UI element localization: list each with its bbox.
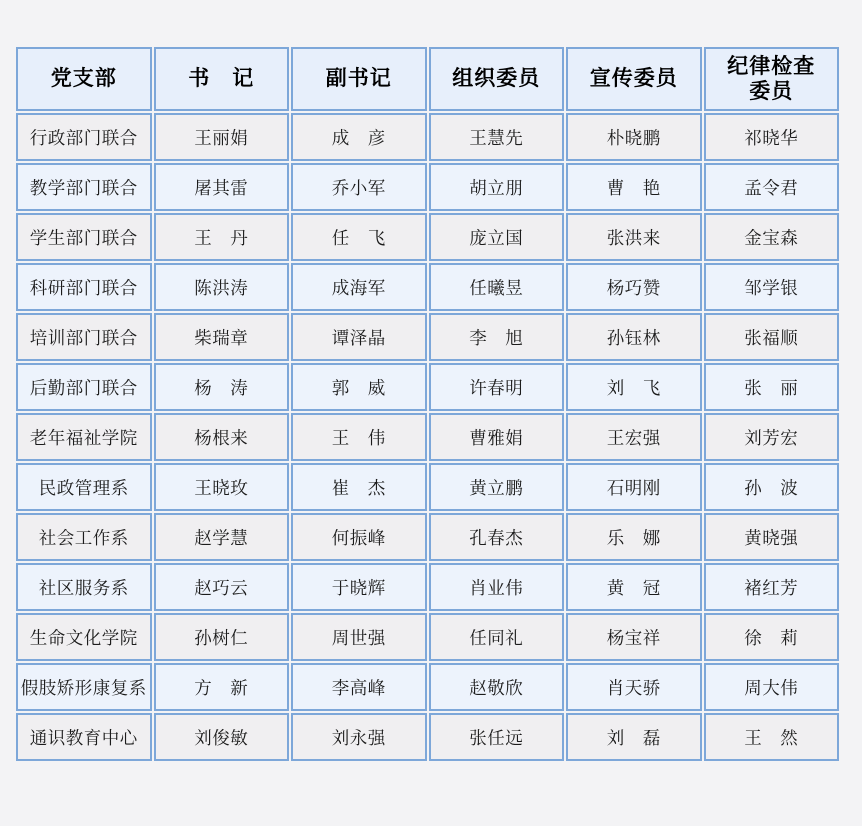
- member-name-cell: 孙钰林: [566, 313, 702, 361]
- branch-name-cell: 民政管理系: [16, 463, 152, 511]
- table-row: 科研部门联合陈洪涛成海军任曦昱杨巧赞邹学银: [16, 263, 839, 311]
- member-name-cell: 王丽娟: [154, 113, 290, 161]
- member-name-cell: 柴瑞章: [154, 313, 290, 361]
- member-name-cell: 曹雅娟: [429, 413, 565, 461]
- table-row: 通识教育中心刘俊敏刘永强张任远刘 磊王 然: [16, 713, 839, 761]
- table-row: 社区服务系赵巧云于晓辉肖业伟黄 冠褚红芳: [16, 563, 839, 611]
- member-name-cell: 周世强: [291, 613, 427, 661]
- member-name-cell: 黄晓强: [704, 513, 840, 561]
- member-name-cell: 孔春杰: [429, 513, 565, 561]
- member-name-cell: 邹学银: [704, 263, 840, 311]
- committee-table: 党支部书 记副书记组织委员宣传委员纪律检查 委员 行政部门联合王丽娟成 彦王慧先…: [14, 45, 841, 763]
- member-name-cell: 金宝森: [704, 213, 840, 261]
- table-row: 教学部门联合屠其雷乔小军胡立朋曹 艳孟令君: [16, 163, 839, 211]
- branch-name-cell: 通识教育中心: [16, 713, 152, 761]
- member-name-cell: 曹 艳: [566, 163, 702, 211]
- table-row: 培训部门联合柴瑞章谭泽晶李 旭孙钰林张福顺: [16, 313, 839, 361]
- member-name-cell: 孙 波: [704, 463, 840, 511]
- member-name-cell: 李高峰: [291, 663, 427, 711]
- table-body: 行政部门联合王丽娟成 彦王慧先朴晓鹏祁晓华教学部门联合屠其雷乔小军胡立朋曹 艳孟…: [16, 113, 839, 761]
- member-name-cell: 任曦昱: [429, 263, 565, 311]
- member-name-cell: 刘 飞: [566, 363, 702, 411]
- table-row: 假肢矫形康复系方 新李高峰赵敬欣肖天骄周大伟: [16, 663, 839, 711]
- member-name-cell: 王 丹: [154, 213, 290, 261]
- member-name-cell: 周大伟: [704, 663, 840, 711]
- branch-name-cell: 老年福祉学院: [16, 413, 152, 461]
- member-name-cell: 崔 杰: [291, 463, 427, 511]
- member-name-cell: 祁晓华: [704, 113, 840, 161]
- member-name-cell: 杨巧赞: [566, 263, 702, 311]
- member-name-cell: 张福顺: [704, 313, 840, 361]
- column-header: 宣传委员: [566, 47, 702, 111]
- branch-name-cell: 生命文化学院: [16, 613, 152, 661]
- member-name-cell: 庞立国: [429, 213, 565, 261]
- branch-name-cell: 后勤部门联合: [16, 363, 152, 411]
- member-name-cell: 任 飞: [291, 213, 427, 261]
- branch-name-cell: 学生部门联合: [16, 213, 152, 261]
- member-name-cell: 肖天骄: [566, 663, 702, 711]
- member-name-cell: 陈洪涛: [154, 263, 290, 311]
- member-name-cell: 李 旭: [429, 313, 565, 361]
- member-name-cell: 刘芳宏: [704, 413, 840, 461]
- branch-name-cell: 社会工作系: [16, 513, 152, 561]
- member-name-cell: 徐 莉: [704, 613, 840, 661]
- member-name-cell: 黄立鹏: [429, 463, 565, 511]
- member-name-cell: 屠其雷: [154, 163, 290, 211]
- member-name-cell: 石明刚: [566, 463, 702, 511]
- member-name-cell: 成 彦: [291, 113, 427, 161]
- branch-name-cell: 培训部门联合: [16, 313, 152, 361]
- member-name-cell: 王慧先: [429, 113, 565, 161]
- table-row: 生命文化学院孙树仁周世强任同礼杨宝祥徐 莉: [16, 613, 839, 661]
- member-name-cell: 朴晓鹏: [566, 113, 702, 161]
- branch-name-cell: 假肢矫形康复系: [16, 663, 152, 711]
- member-name-cell: 肖业伟: [429, 563, 565, 611]
- branch-name-cell: 行政部门联合: [16, 113, 152, 161]
- member-name-cell: 于晓辉: [291, 563, 427, 611]
- table-row: 后勤部门联合杨 涛郭 威许春明刘 飞张 丽: [16, 363, 839, 411]
- member-name-cell: 方 新: [154, 663, 290, 711]
- member-name-cell: 张洪来: [566, 213, 702, 261]
- branch-name-cell: 社区服务系: [16, 563, 152, 611]
- table-row: 老年福祉学院杨根来王 伟曹雅娟王宏强刘芳宏: [16, 413, 839, 461]
- column-header: 纪律检查 委员: [704, 47, 840, 111]
- column-header: 书 记: [154, 47, 290, 111]
- member-name-cell: 何振峰: [291, 513, 427, 561]
- member-name-cell: 郭 威: [291, 363, 427, 411]
- member-name-cell: 任同礼: [429, 613, 565, 661]
- member-name-cell: 王 伟: [291, 413, 427, 461]
- column-header: 党支部: [16, 47, 152, 111]
- table-row: 学生部门联合王 丹任 飞庞立国张洪来金宝森: [16, 213, 839, 261]
- table-row: 社会工作系赵学慧何振峰孔春杰乐 娜黄晓强: [16, 513, 839, 561]
- member-name-cell: 孟令君: [704, 163, 840, 211]
- member-name-cell: 黄 冠: [566, 563, 702, 611]
- member-name-cell: 许春明: [429, 363, 565, 411]
- member-name-cell: 杨根来: [154, 413, 290, 461]
- table-header: 党支部书 记副书记组织委员宣传委员纪律检查 委员: [16, 47, 839, 111]
- column-header: 副书记: [291, 47, 427, 111]
- member-name-cell: 赵巧云: [154, 563, 290, 611]
- member-name-cell: 乔小军: [291, 163, 427, 211]
- member-name-cell: 乐 娜: [566, 513, 702, 561]
- branch-name-cell: 教学部门联合: [16, 163, 152, 211]
- member-name-cell: 谭泽晶: [291, 313, 427, 361]
- member-name-cell: 王宏强: [566, 413, 702, 461]
- member-name-cell: 成海军: [291, 263, 427, 311]
- member-name-cell: 孙树仁: [154, 613, 290, 661]
- table-row: 民政管理系王晓玫崔 杰黄立鹏石明刚孙 波: [16, 463, 839, 511]
- member-name-cell: 杨宝祥: [566, 613, 702, 661]
- member-name-cell: 刘俊敏: [154, 713, 290, 761]
- member-name-cell: 杨 涛: [154, 363, 290, 411]
- table-row: 行政部门联合王丽娟成 彦王慧先朴晓鹏祁晓华: [16, 113, 839, 161]
- member-name-cell: 赵敬欣: [429, 663, 565, 711]
- column-header: 组织委员: [429, 47, 565, 111]
- member-name-cell: 张 丽: [704, 363, 840, 411]
- member-name-cell: 王晓玫: [154, 463, 290, 511]
- member-name-cell: 王 然: [704, 713, 840, 761]
- header-row: 党支部书 记副书记组织委员宣传委员纪律检查 委员: [16, 47, 839, 111]
- member-name-cell: 褚红芳: [704, 563, 840, 611]
- member-name-cell: 刘永强: [291, 713, 427, 761]
- member-name-cell: 胡立朋: [429, 163, 565, 211]
- member-name-cell: 刘 磊: [566, 713, 702, 761]
- branch-name-cell: 科研部门联合: [16, 263, 152, 311]
- member-name-cell: 张任远: [429, 713, 565, 761]
- member-name-cell: 赵学慧: [154, 513, 290, 561]
